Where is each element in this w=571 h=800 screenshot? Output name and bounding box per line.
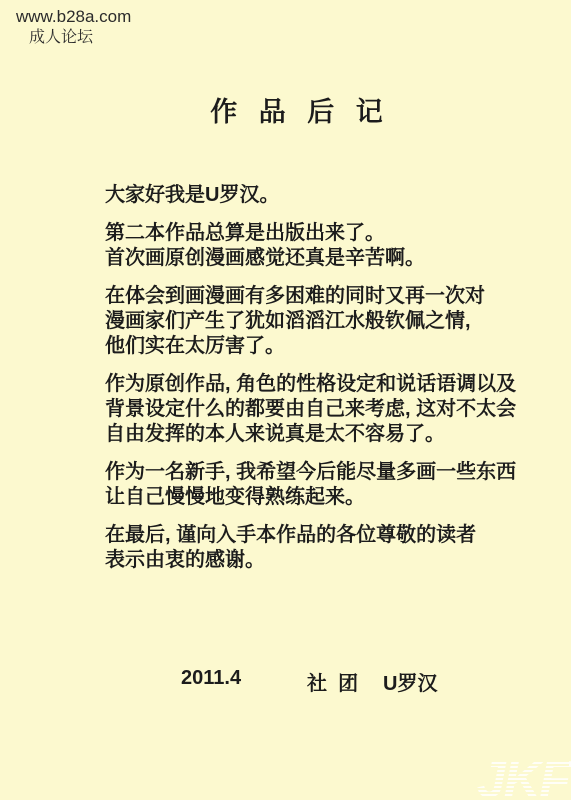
- afterword-page: www.b28a.com 成人论坛 作 品 后 记 大家好我是U罗汉。 第二本作…: [0, 0, 571, 800]
- publication-date: 2011.4: [181, 667, 241, 690]
- circle-label: 社 团: [307, 667, 358, 696]
- author-name: U罗汉: [383, 667, 437, 696]
- afterword-body: 大家好我是U罗汉。 第二本作品总算是出版出来了。 首次画原创漫画感觉还真是辛苦啊…: [105, 183, 565, 586]
- forum-name-text: 成人论坛: [16, 27, 131, 48]
- page-title: 作 品 后 记: [90, 90, 510, 129]
- paragraph-admiration: 在体会到画漫画有多困难的同时又再一次对 漫画家们产生了犹如滔滔江水般钦佩之情, …: [105, 284, 565, 359]
- paragraph-original-work: 作为原创作品, 角色的性格设定和说话语调以及 背景设定什么的都要由自己来考虑, …: [105, 372, 565, 447]
- site-watermark: www.b28a.com 成人论坛: [16, 6, 131, 48]
- paragraph-publication: 第二本作品总算是出版出来了。 首次画原创漫画感觉还真是辛苦啊。: [105, 221, 565, 271]
- jkf-watermark: JKF: [477, 754, 569, 800]
- paragraph-newcomer: 作为一名新手, 我希望今后能尽量多画一些东西 让自己慢慢地变得熟练起来。: [105, 460, 565, 510]
- site-url-text: www.b28a.com: [16, 6, 131, 27]
- paragraph-greeting: 大家好我是U罗汉。: [105, 183, 565, 208]
- colophon-line: 2011.4 社 团 U罗汉: [0, 667, 571, 695]
- paragraph-thanks: 在最后, 谨向入手本作品的各位尊敬的读者 表示由衷的感谢。: [105, 523, 565, 573]
